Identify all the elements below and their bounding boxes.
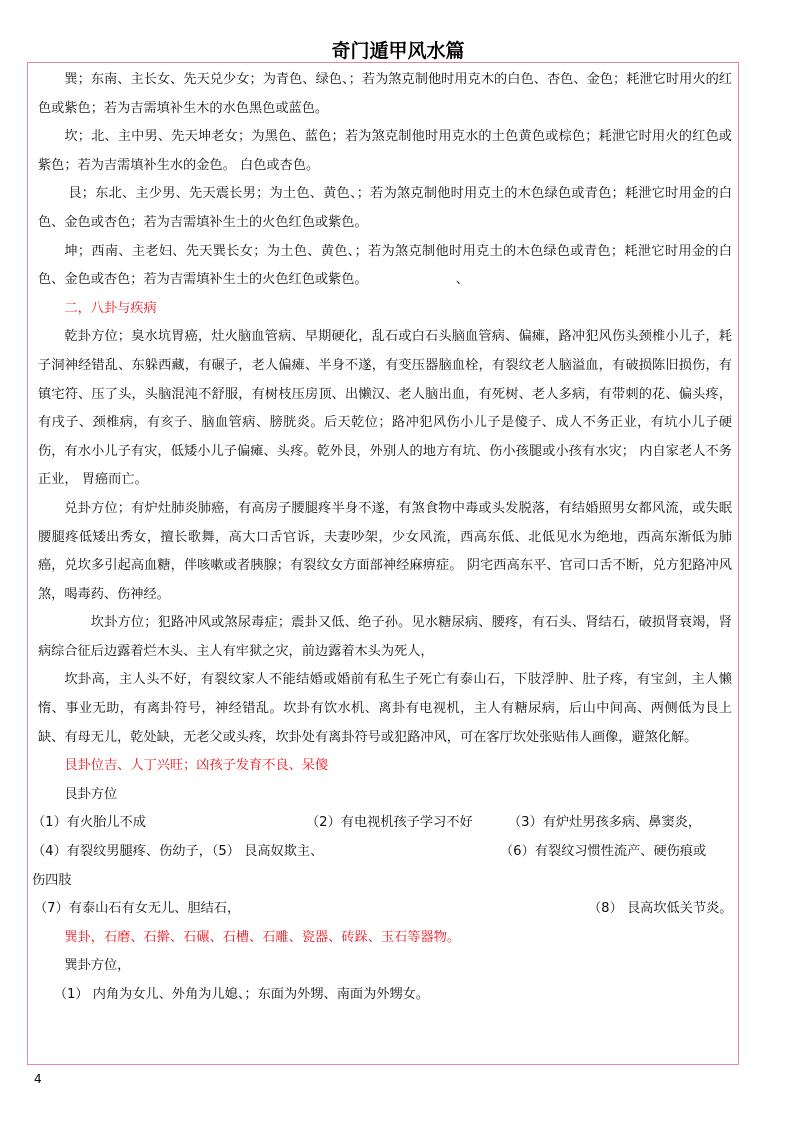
gen-items-row-3: 伤四肢 <box>38 867 732 896</box>
gen-item-6: （6）有裂纹习惯性流产、硬伤痕或 <box>500 838 706 867</box>
paragraph-kan: 坎；北、主中男、先天坤老女；为黑色、蓝色；若为煞克制他时用克水的土色黄色或棕色；… <box>38 123 732 180</box>
gen-items-row-2: （4）有裂纹男腿疼、伤幼子，（5） 艮高奴欺主、 （6）有裂纹习惯性流产、硬伤痕… <box>38 838 732 867</box>
xun-item-1: （1） 内角为女儿、外角为儿媳、；东面为外甥、南面为外甥女。 <box>38 981 732 1010</box>
paragraph-dui: 兑卦方位；有炉灶肺炎肺癌，有高房子腰腿疼半身不遂，有煞食物中毒或头发脱落，有结婚… <box>38 495 732 609</box>
paragraph-kun: 坤；西南、主老妇、先天巽长女；为土色、黄色、；若为煞克制他时用克土的木色绿色或青… <box>38 238 732 295</box>
gen-item-7: （7）有泰山石有女无儿、胆结石， <box>34 895 240 924</box>
gen-item-4-5: （4）有裂纹男腿疼、伤幼子，（5） 艮高奴欺主、 <box>32 838 323 867</box>
paragraph-xun: 巽；东南、主长女、先天兑少女；为青色、绿色、；若为煞克制他时用克木的白色、杏色、… <box>38 66 732 123</box>
paragraph-kan-position: 坎卦方位；犯路冲风或煞尿毒症；震卦又低、绝子孙。见水糖尿病、腰疼，有石头、肾结石… <box>38 609 732 666</box>
page-title: 奇门遁甲风水篇 <box>0 36 796 63</box>
paragraph-qian: 乾卦方位；臭水坑胃癌，灶火脑血管病、早期硬化，乱石或白石头脑血管病、偏瘫，路冲犯… <box>38 323 732 495</box>
red-heading-gen: 艮卦位吉、人丁兴旺；凶孩子发育不良、呆傻 <box>38 752 732 781</box>
gen-item-8: （8） 艮高坎低关节炎。 <box>588 895 732 924</box>
document-body: 巽；东南、主长女、先天兑少女；为青色、绿色、；若为煞克制他时用克木的白色、杏色、… <box>38 66 732 1010</box>
gen-item-3: （3）有炉灶男孩多病、鼻窦炎， <box>508 809 701 838</box>
page-number: 4 <box>34 1072 42 1086</box>
label-xun-position: 巽卦方位， <box>38 952 732 981</box>
label-gen-position: 艮卦方位 <box>38 781 732 810</box>
paragraph-gen: 艮；东北、主少男、先天震长男；为土色、黄色、；若为煞克制他时用克土的木色绿色或青… <box>38 180 732 237</box>
paragraph-kan-high: 坎卦高，主人头不好，有裂纹家人不能结婚或婚前有私生子死亡有泰山石，下肢浮肿、肚子… <box>38 666 732 752</box>
gen-items-row-1: （1）有火胎儿不成 （2）有电视机孩子学习不好 （3）有炉灶男孩多病、鼻窦炎， <box>38 809 732 838</box>
gen-items-row-4: （7）有泰山石有女无儿、胆结石， （8） 艮高坎低关节炎。 <box>38 895 732 924</box>
gen-item-6-cont: 伤四肢 <box>32 867 72 896</box>
gen-item-2: （2）有电视机孩子学习不好 <box>306 809 473 838</box>
red-heading-xun: 巽卦，石磨、石擀、石碾、石槽、石雕、瓷器、砖跺、玉石等器物。 <box>38 924 732 953</box>
paragraph-kun-text: 坤；西南、主老妇、先天巽长女；为土色、黄色、；若为煞克制他时用克土的木色绿色或青… <box>38 244 732 288</box>
stray-mark: 、 <box>456 272 469 287</box>
gen-item-1: （1）有火胎儿不成 <box>32 809 146 838</box>
section-heading-bagua-illness: 二，八卦与疾病 <box>38 295 732 324</box>
